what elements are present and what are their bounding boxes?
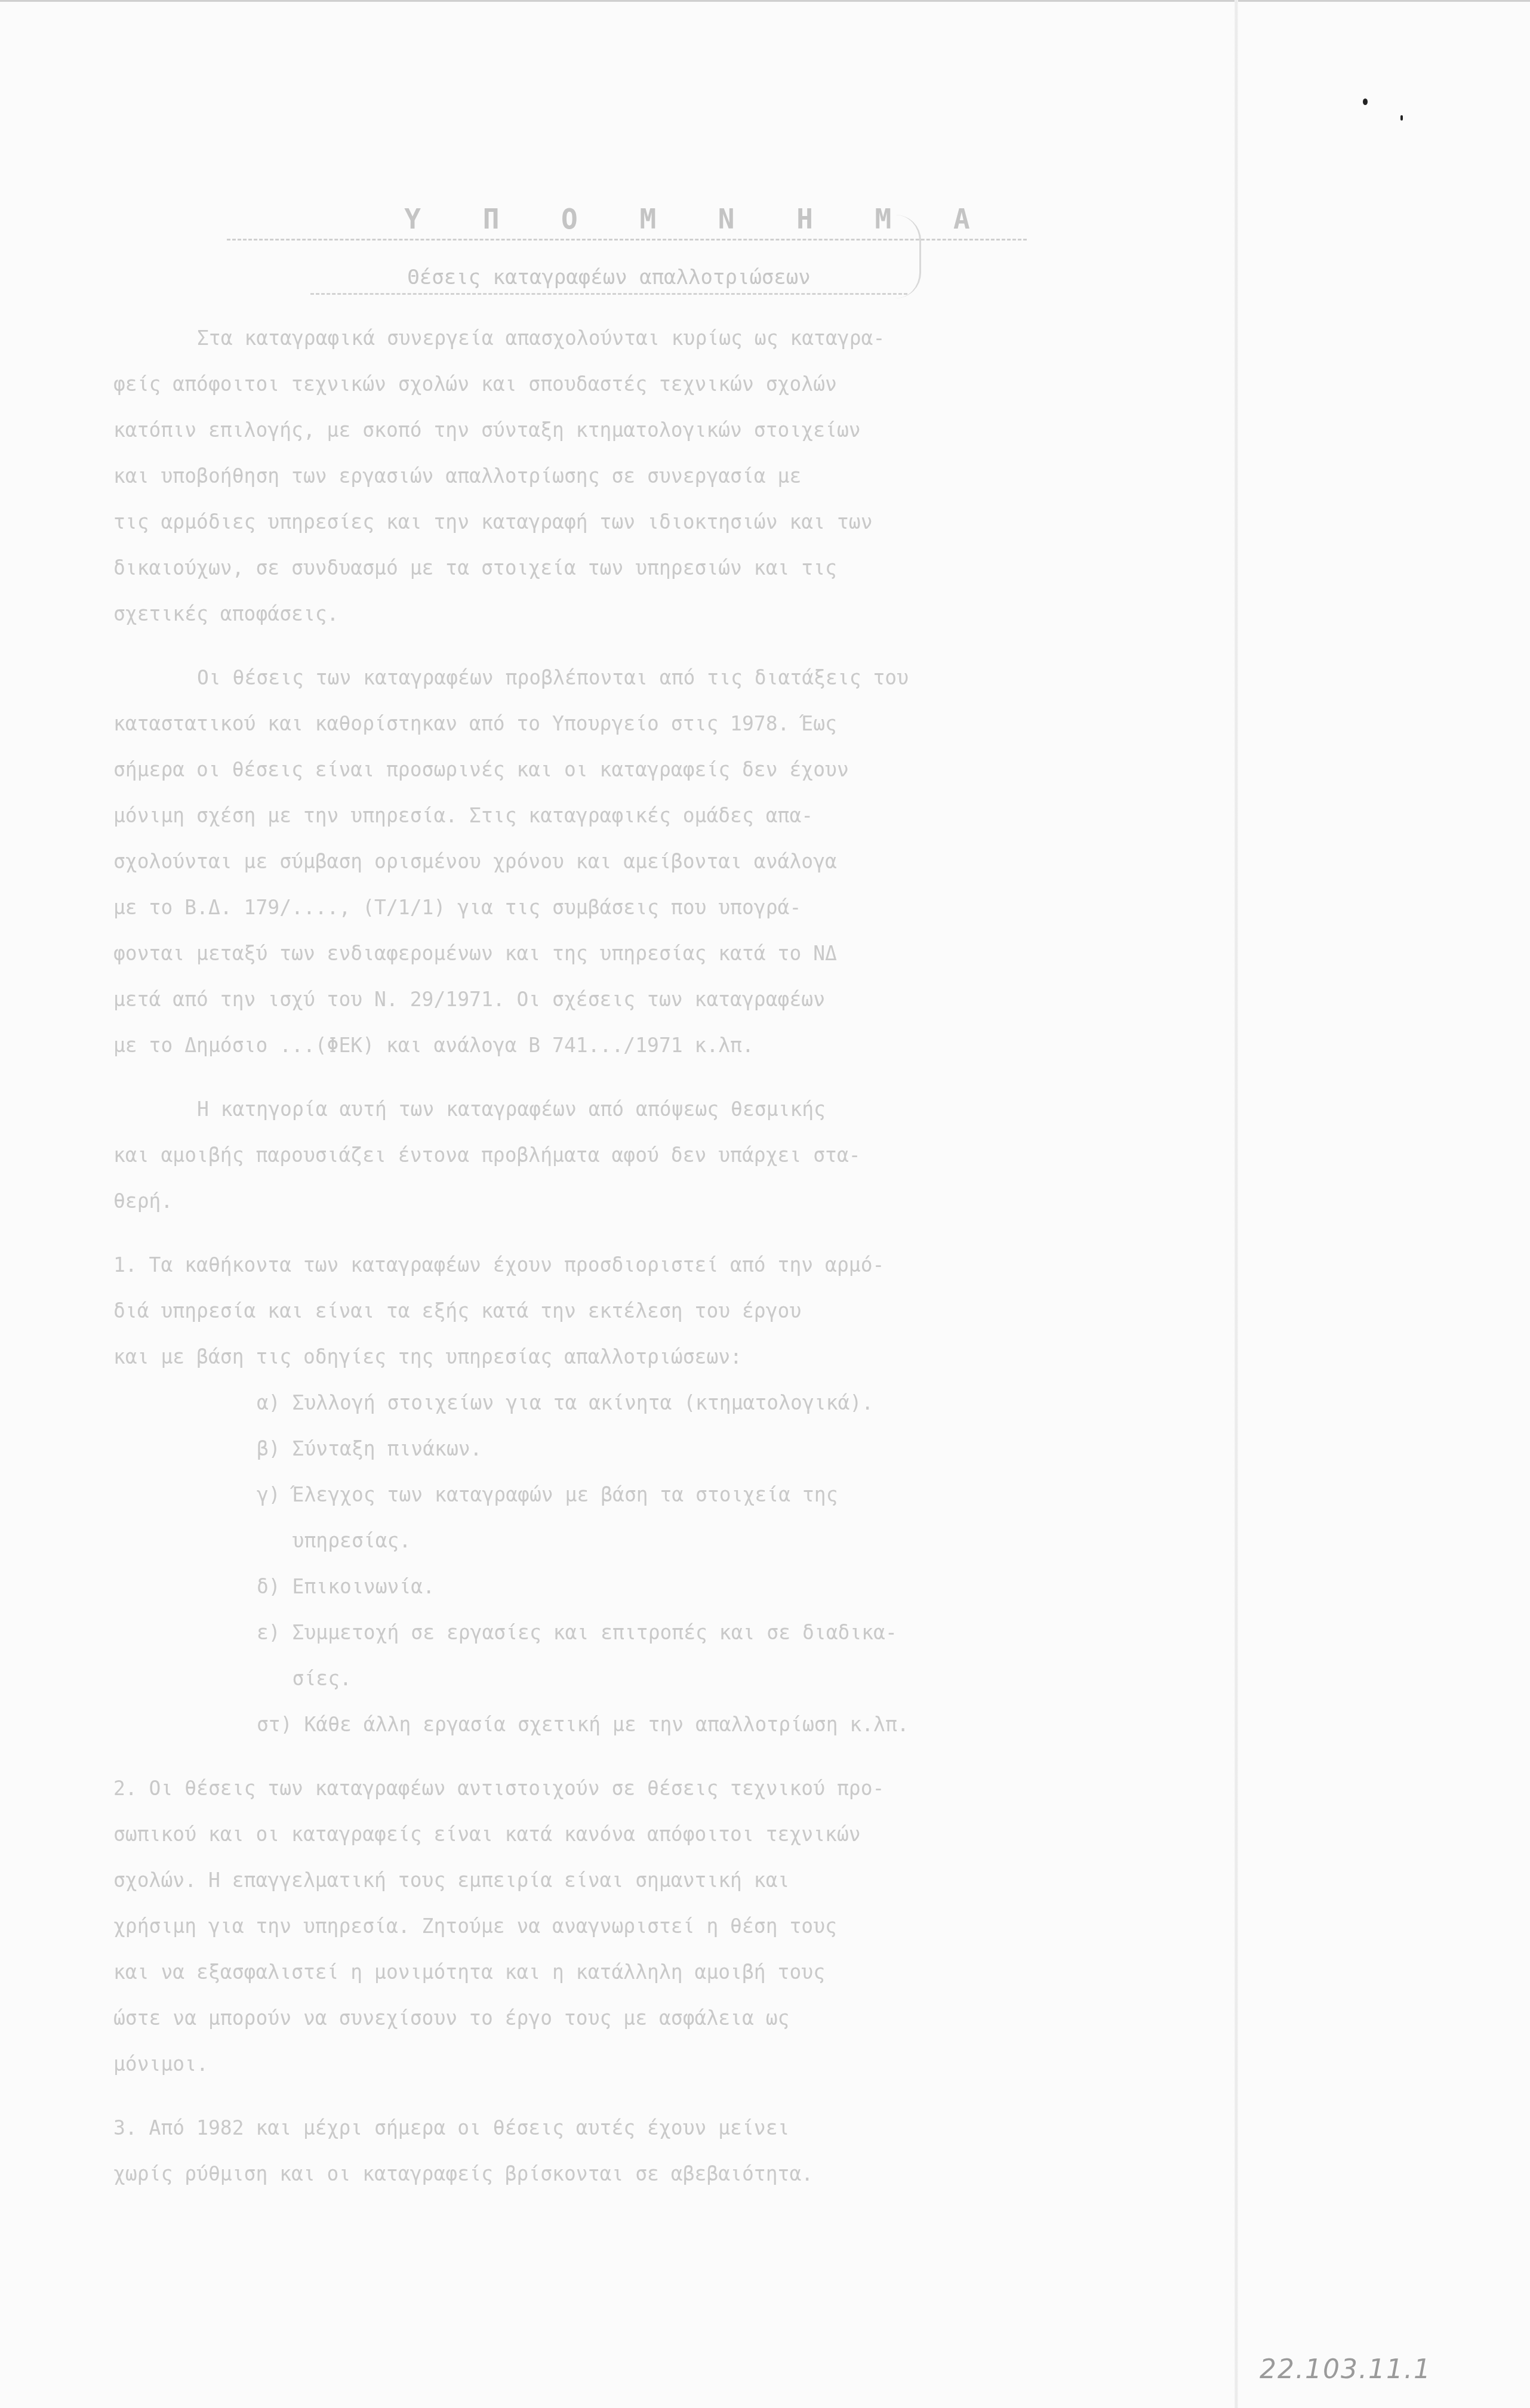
list-item: α) Συλλογή στοιχείων για τα ακίνητα (κτη…: [113, 1380, 1218, 1426]
text-line: με το Δημόσιο ...(ΦΕΚ) και ανάλογα Β 741…: [113, 1022, 1218, 1068]
text-line: δικαιούχων, σε συνδυασμό με τα στοιχεία …: [113, 545, 1218, 591]
text-line: χρήσιμη για την υπηρεσία. Ζητούμε να ανα…: [113, 1903, 1218, 1949]
text-line: Οι θέσεις των καταγραφέων προβλέπονται α…: [113, 655, 1218, 701]
text-line: μετά από την ισχύ του Ν. 29/1971. Οι σχέ…: [113, 976, 1218, 1022]
text-line: σχολών. Η επαγγελματική τους εμπειρία εί…: [113, 1857, 1218, 1903]
text-line: 3. Από 1982 και μέχρι σήμερα οι θέσεις α…: [113, 2105, 1218, 2151]
paragraph: 1. Τα καθήκοντα των καταγραφέων έχουν πρ…: [113, 1242, 1218, 1747]
text-line: 2. Οι θέσεις των καταγραφέων αντιστοιχού…: [113, 1765, 1218, 1811]
list-item: στ) Κάθε άλλη εργασία σχετική με την απα…: [113, 1701, 1218, 1747]
paragraph: Η κατηγορία αυτή των καταγραφέων από από…: [113, 1086, 1218, 1224]
text-line: ώστε να μπορούν να συνεχίσουν το έργο το…: [113, 1995, 1218, 2041]
list-item: γ) Έλεγχος των καταγραφών με βάση τα στο…: [113, 1472, 1218, 1518]
text-line: 1. Τα καθήκοντα των καταγραφέων έχουν πρ…: [113, 1242, 1218, 1288]
scan-top-edge: [0, 0, 1530, 2]
text-line: φείς απόφοιτοι τεχνικών σχολών και σπουδ…: [113, 361, 1218, 407]
paragraph: Οι θέσεις των καταγραφέων προβλέπονται α…: [113, 655, 1218, 1068]
list-item: υπηρεσίας.: [113, 1518, 1218, 1564]
text-line: και υποβοήθηση των εργασιών απαλλοτρίωση…: [113, 453, 1218, 499]
text-line: τις αρμόδιες υπηρεσίες και την καταγραφή…: [113, 499, 1218, 545]
document-subtitle: Θέσεις καταγραφέων απαλλοτριώσεων: [310, 266, 907, 295]
list-item: ε) Συμμετοχή σε εργασίες και επιτροπές κ…: [113, 1610, 1218, 1655]
text-line: σωπικού και οι καταγραφείς είναι κατά κα…: [113, 1811, 1218, 1857]
text-line: σχετικές αποφάσεις.: [113, 591, 1218, 637]
paragraph: 3. Από 1982 και μέχρι σήμερα οι θέσεις α…: [113, 2105, 1218, 2197]
text-line: μόνιμη σχέση με την υπηρεσία. Στις καταγ…: [113, 793, 1218, 838]
list-item: σίες.: [113, 1655, 1218, 1701]
text-line: και να εξασφαλιστεί η μονιμότητα και η κ…: [113, 1949, 1218, 1995]
text-line: Η κατηγορία αυτή των καταγραφέων από από…: [113, 1086, 1218, 1132]
paragraph: 2. Οι θέσεις των καταγραφέων αντιστοιχού…: [113, 1765, 1218, 2087]
list-item: δ) Επικοινωνία.: [113, 1564, 1218, 1610]
text-line: και αμοιβής παρουσιάζει έντονα προβλήματ…: [113, 1132, 1218, 1178]
archive-reference: 22.103.11.1: [1260, 2354, 1432, 2385]
document-body: Στα καταγραφικά συνεργεία απασχολούνται …: [113, 315, 1218, 2215]
ink-speck: [1400, 115, 1403, 121]
text-line: χωρίς ρύθμιση και οι καταγραφείς βρίσκον…: [113, 2151, 1218, 2197]
text-line: φονται μεταξύ των ενδιαφερομένων και της…: [113, 930, 1218, 976]
text-line: Στα καταγραφικά συνεργεία απασχολούνται …: [113, 315, 1218, 361]
text-line: θερή.: [113, 1178, 1218, 1224]
paragraph: Στα καταγραφικά συνεργεία απασχολούνται …: [113, 315, 1218, 637]
text-line: διά υπηρεσία και είναι τα εξής κατά την …: [113, 1288, 1218, 1334]
text-line: σήμερα οι θέσεις είναι προσωρινές και οι…: [113, 747, 1218, 793]
text-line: κατόπιν επιλογής, με σκοπό την σύνταξη κ…: [113, 407, 1218, 453]
text-line: με το Β.Δ. 179/...., (Τ/1/1) για τις συμ…: [113, 884, 1218, 930]
list-item: β) Σύνταξη πινάκων.: [113, 1426, 1218, 1472]
text-line: σχολούνται με σύμβαση ορισμένου χρόνου κ…: [113, 838, 1218, 884]
text-line: μόνιμοι.: [113, 2041, 1218, 2087]
typewritten-page: Υ Π Ο Μ Ν Η Μ Α Θέσεις καταγραφέων απαλλ…: [113, 203, 1218, 2215]
paper-fold-line: [1235, 0, 1238, 2408]
text-line: καταστατικού και καθορίστηκαν από το Υπο…: [113, 701, 1218, 747]
document-title: Υ Π Ο Μ Ν Η Μ Α: [227, 203, 1027, 241]
text-line: και με βάση τις οδηγίες της υπηρεσίας απ…: [113, 1334, 1218, 1380]
ink-speck: [1363, 98, 1368, 105]
